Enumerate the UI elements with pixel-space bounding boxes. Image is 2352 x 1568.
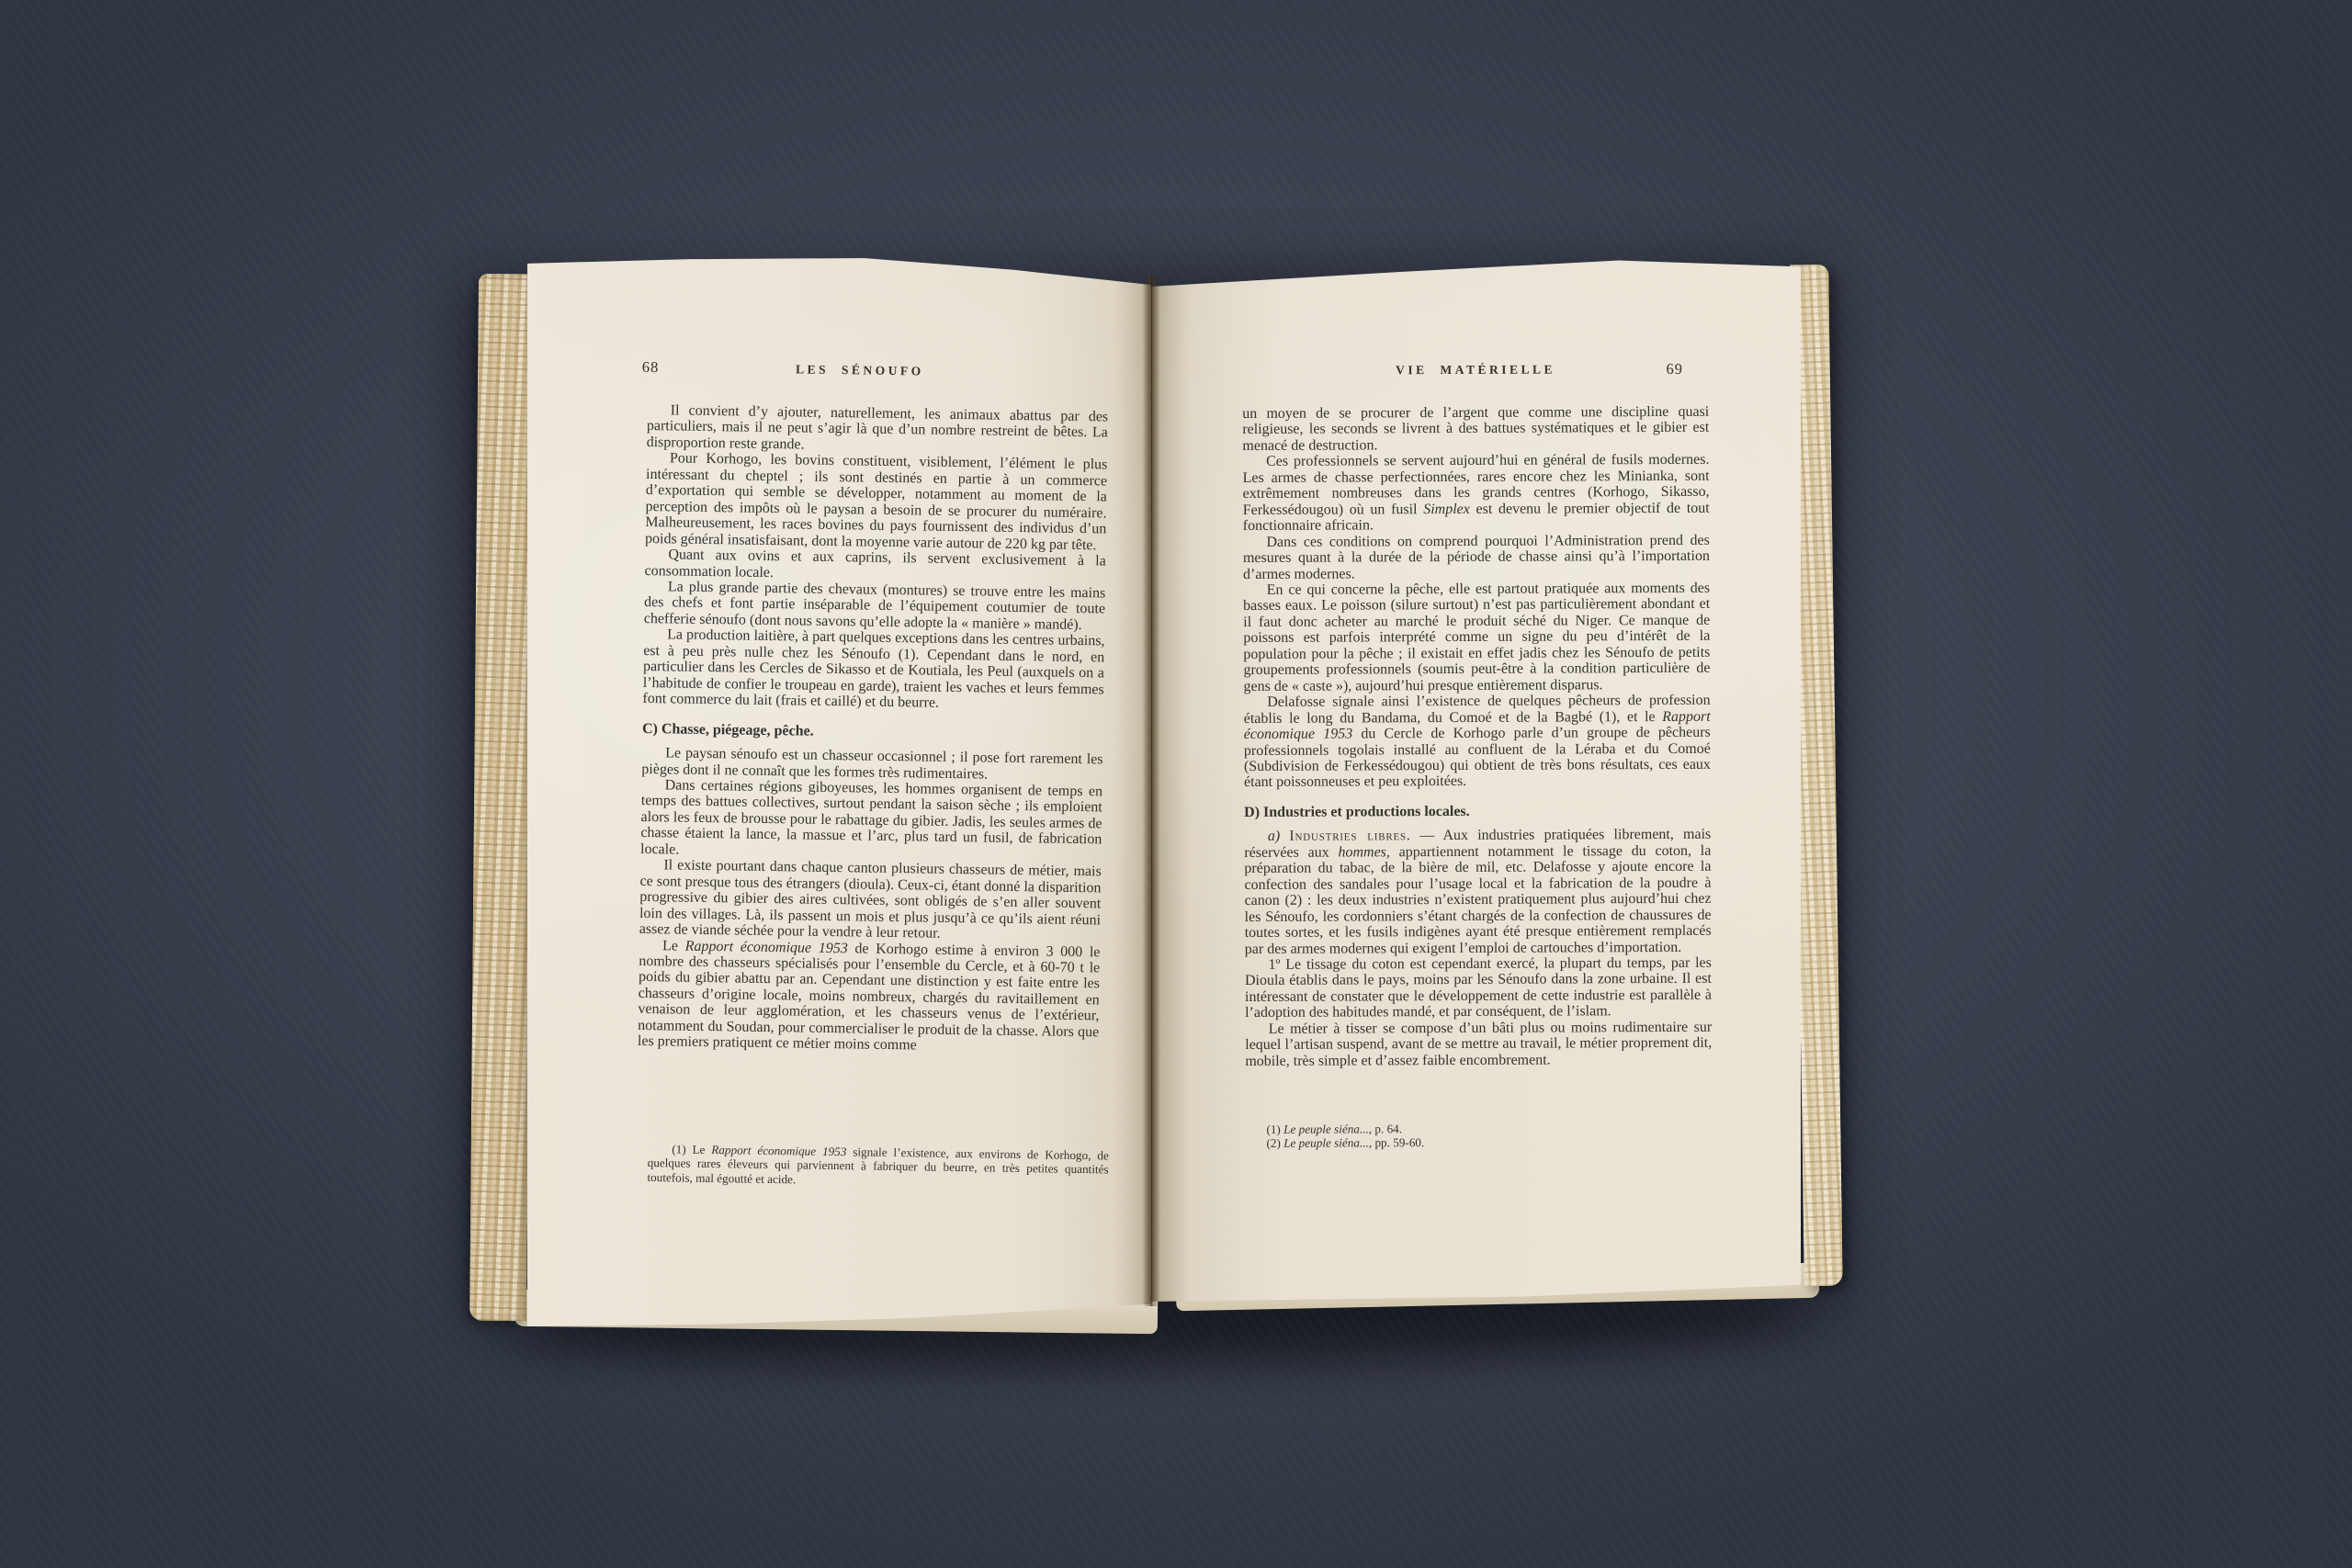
photo-background: 68 LES SÉNOUFO Il convient d’y ajouter, …	[0, 0, 2352, 1568]
footnote: (2) Le peuple siéna..., pp. 59-60.	[1242, 1134, 1709, 1151]
paragraph: La production laitière, à part quelques …	[642, 626, 1104, 714]
left-page-body: Il convient d’y ajouter, naturellement, …	[638, 402, 1108, 1056]
paragraph: Dans certaines régions giboyeuses, les h…	[640, 777, 1102, 864]
right-page-body: un moyen de se procurer de l’argent que …	[1242, 404, 1712, 1069]
paragraph: Il convient d’y ajouter, naturellement, …	[647, 402, 1109, 457]
paragraph: Le métier à tisser se compose d’un bâti …	[1245, 1020, 1712, 1070]
paragraph: Dans ces conditions on comprend pourquoi…	[1243, 532, 1710, 582]
footnote: (1) Le Rapport économique 1953 signale l…	[647, 1142, 1109, 1191]
paragraph: Pour Korhogo, les bovins constituent, vi…	[645, 450, 1107, 553]
left-page-text: 68 LES SÉNOUFO Il convient d’y ajouter, …	[638, 358, 1109, 1056]
left-page-footnotes: (1) Le Rapport économique 1953 signale l…	[647, 1142, 1109, 1191]
paragraph: Il existe pourtant dans chaque canton pl…	[639, 857, 1102, 944]
paragraph: 1º Le tissage du coton est cependant exe…	[1245, 955, 1712, 1021]
right-page-text: VIE MATÉRIELLE 69 un moyen de se procure…	[1242, 360, 1712, 1069]
paragraph: La plus grande partie des chevaux (montu…	[644, 579, 1106, 634]
paragraph: Ces professionnels se servent aujourd’hu…	[1242, 452, 1709, 534]
right-running-header: VIE MATÉRIELLE	[1242, 362, 1709, 378]
deckle-fore-edge-left	[469, 274, 536, 1321]
right-page-footnotes: (1) Le peuple siéna..., p. 64.(2) Le peu…	[1242, 1121, 1709, 1151]
paragraph: a) Industries libres. — Aux industries p…	[1244, 827, 1712, 957]
book-gutter	[1143, 276, 1159, 1306]
right-running-head-row: VIE MATÉRIELLE 69	[1242, 360, 1709, 382]
paragraph: un moyen de se procurer de l’argent que …	[1242, 404, 1709, 455]
paragraph: En ce qui concerne la pêche, elle est pa…	[1243, 581, 1711, 694]
section-heading: D) Industries et productions locales.	[1244, 803, 1711, 821]
paragraph: Delafosse signale ainsi l’existence de q…	[1244, 693, 1711, 791]
right-page-number: 69	[1666, 360, 1683, 378]
left-running-header: LES SÉNOUFO	[648, 360, 1072, 381]
paragraph: Le Rapport économique 1953 de Korhogo es…	[638, 937, 1101, 1056]
section-heading: C) Chasse, piégeage, pêche.	[642, 721, 1103, 744]
